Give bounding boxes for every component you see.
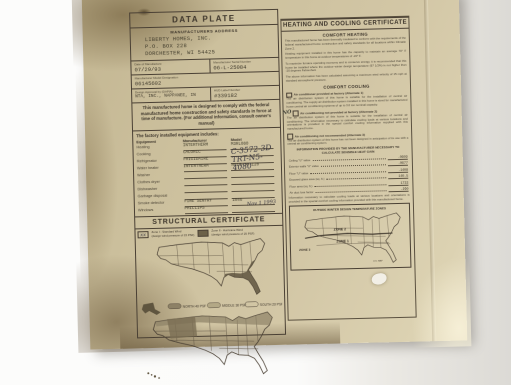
middle-legend-label: MIDDLE 30 PSF — [222, 303, 246, 308]
northwest-roof-zone-shading — [167, 317, 197, 335]
zone1-legend-item: Zone I - Standard Wind (design wind pres… — [151, 230, 194, 238]
dapia-field: Design Approval by (DAPIA) NTA, INC., NA… — [132, 88, 210, 104]
wind-zone-map — [136, 236, 282, 302]
dotted-leader — [326, 178, 386, 180]
zone2-swatch — [197, 230, 208, 237]
identification-fields: Date of Manufacture 07/29/93 Manufacture… — [131, 57, 279, 104]
dotted-leader — [314, 184, 386, 187]
zone1-map-label: ZONE 1 — [336, 240, 349, 244]
alternate2-text: The air distribution system of this home… — [284, 114, 411, 132]
hud-number-field: HUD Label Number #339182 — [210, 86, 279, 102]
hud-number-value: #339182 — [214, 91, 277, 100]
dotted-leader — [310, 171, 386, 174]
dapia-value: NTA, INC., NAPPANEE, IN — [135, 93, 208, 100]
zone3-map-label: ZONE 3 — [299, 248, 311, 252]
zone2-legend-item: Zone II - Hurricane Wind (design wind pr… — [211, 229, 254, 237]
north-legend-pill — [168, 304, 181, 309]
roof-load-zone-map: NORTH 40 PSF MIDDLE 30 PSF SOUTH 20 PSF — [137, 298, 284, 335]
temperature-zone-map: ZONE 2 ZONE 1 ZONE 3 U.S. MAP — [291, 211, 410, 269]
alternate3-checkbox — [287, 134, 293, 140]
manufacturer-address: LIBERTY HOMES, INC. P.O. BOX 228 DORCHES… — [145, 33, 278, 58]
alaska-inset — [142, 303, 161, 316]
hvac-certificate-title: HEATING AND COOLING CERTIFICATE — [281, 17, 408, 32]
zone2-map-label: ZONE 2 — [334, 228, 347, 232]
alternate1-label: Air conditioner provided at factory (Alt… — [294, 91, 364, 97]
corner-curl — [409, 256, 471, 335]
zone1-sub: (design wind pressure of 15 PSF) — [152, 234, 195, 238]
photographed-data-plate-paper: DATA PLATE MANUFACTURERS ADDRESS LIBERTY… — [82, 0, 467, 335]
equipment-table: Heating INTERTHERM M3RL080 Cooking CALOR… — [133, 142, 282, 216]
alternate2-label: Air conditioning not provided at factory… — [300, 110, 377, 116]
north-legend-label: NORTH 40 PSF — [183, 304, 206, 309]
heating-cooling-panel: HEATING AND COOLING CERTIFICATE COMFORT … — [280, 16, 416, 321]
paper-crease — [424, 0, 437, 335]
stain-left-edge — [75, 67, 120, 288]
zone-boundary-thin — [316, 243, 390, 246]
serial-number-value: 06-L-25084 — [213, 63, 276, 72]
date-of-manufacture-value: 07/29/93 — [134, 65, 207, 74]
temperature-zone-map-box: OUTSIDE WINTER DESIGN TEMPERATURE ZONES … — [289, 203, 412, 271]
south-legend-label: SOUTH 20 PSF — [260, 302, 283, 307]
alternate3-label: Air conditioning not recommended (Altern… — [295, 133, 365, 139]
no-handwritten-mark: NO — [282, 110, 292, 117]
data-plate-panel: DATA PLATE MANUFACTURERS ADDRESS LIBERTY… — [129, 9, 286, 335]
south-legend-pill — [245, 302, 258, 307]
zone2-sub: (design wind pressure of 25 PSF) — [211, 232, 254, 236]
alternate1-checkbox — [286, 92, 292, 98]
alternate2-checkbox — [293, 111, 299, 117]
dotted-leader — [321, 165, 386, 168]
dotted-leader — [312, 158, 386, 161]
data-plate-title: DATA PLATE — [130, 10, 277, 29]
middle-legend-pill — [207, 303, 220, 308]
compliance-statement: This manufactured home is designed to co… — [132, 100, 280, 131]
map-caption: U.S. MAP — [373, 260, 383, 263]
zone1-checkbox: XX — [137, 231, 148, 238]
